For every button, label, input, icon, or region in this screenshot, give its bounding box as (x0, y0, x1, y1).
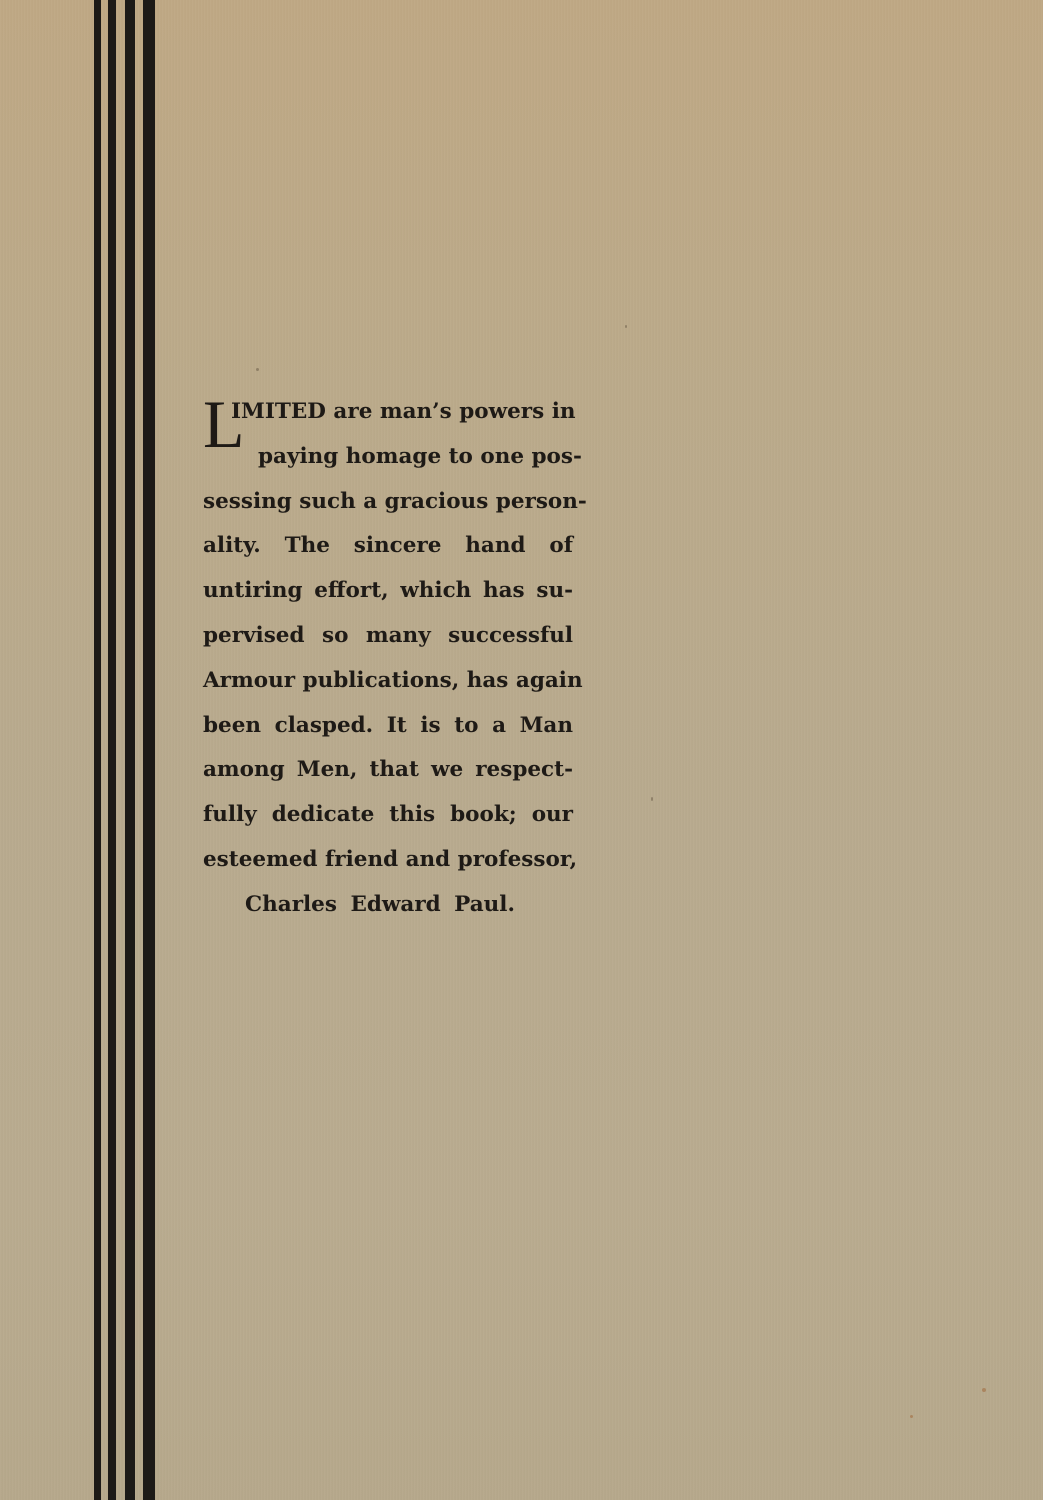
dedication-line: fully dedicate this book; our (203, 793, 573, 838)
decorative-stripe-3 (125, 0, 135, 1500)
dedication-line: pervised so many successful (203, 614, 573, 659)
dedicatee-name: Charles Edward Paul. (203, 883, 573, 928)
paper-speck (910, 1415, 913, 1418)
dedication-line: ality. The sincere hand of (203, 524, 573, 569)
decorative-stripe-4 (143, 0, 155, 1500)
drop-cap: L (203, 394, 245, 454)
dedication-line: paying homage to one pos- (203, 435, 573, 480)
paper-speck (625, 325, 627, 328)
dedication-line: IMITED are man’s powers in (203, 390, 573, 435)
paper-speck (982, 1388, 986, 1392)
dedication-line: Armour publications, has again (203, 659, 573, 704)
dedication-line: been clasped. It is to a Man (203, 704, 573, 749)
paper-speck (256, 368, 259, 371)
dedication-line: among Men, that we respect- (203, 748, 573, 793)
dedication-line: untiring effort, which has su- (203, 569, 573, 614)
paper-speck (651, 797, 653, 801)
dedication-line: sessing such a gracious person- (203, 480, 573, 525)
dedication-block: L IMITED are man’s powers in paying homa… (203, 390, 573, 928)
dedication-line: esteemed friend and professor, (203, 838, 573, 883)
decorative-stripe-2 (108, 0, 116, 1500)
decorative-stripe-1 (94, 0, 101, 1500)
